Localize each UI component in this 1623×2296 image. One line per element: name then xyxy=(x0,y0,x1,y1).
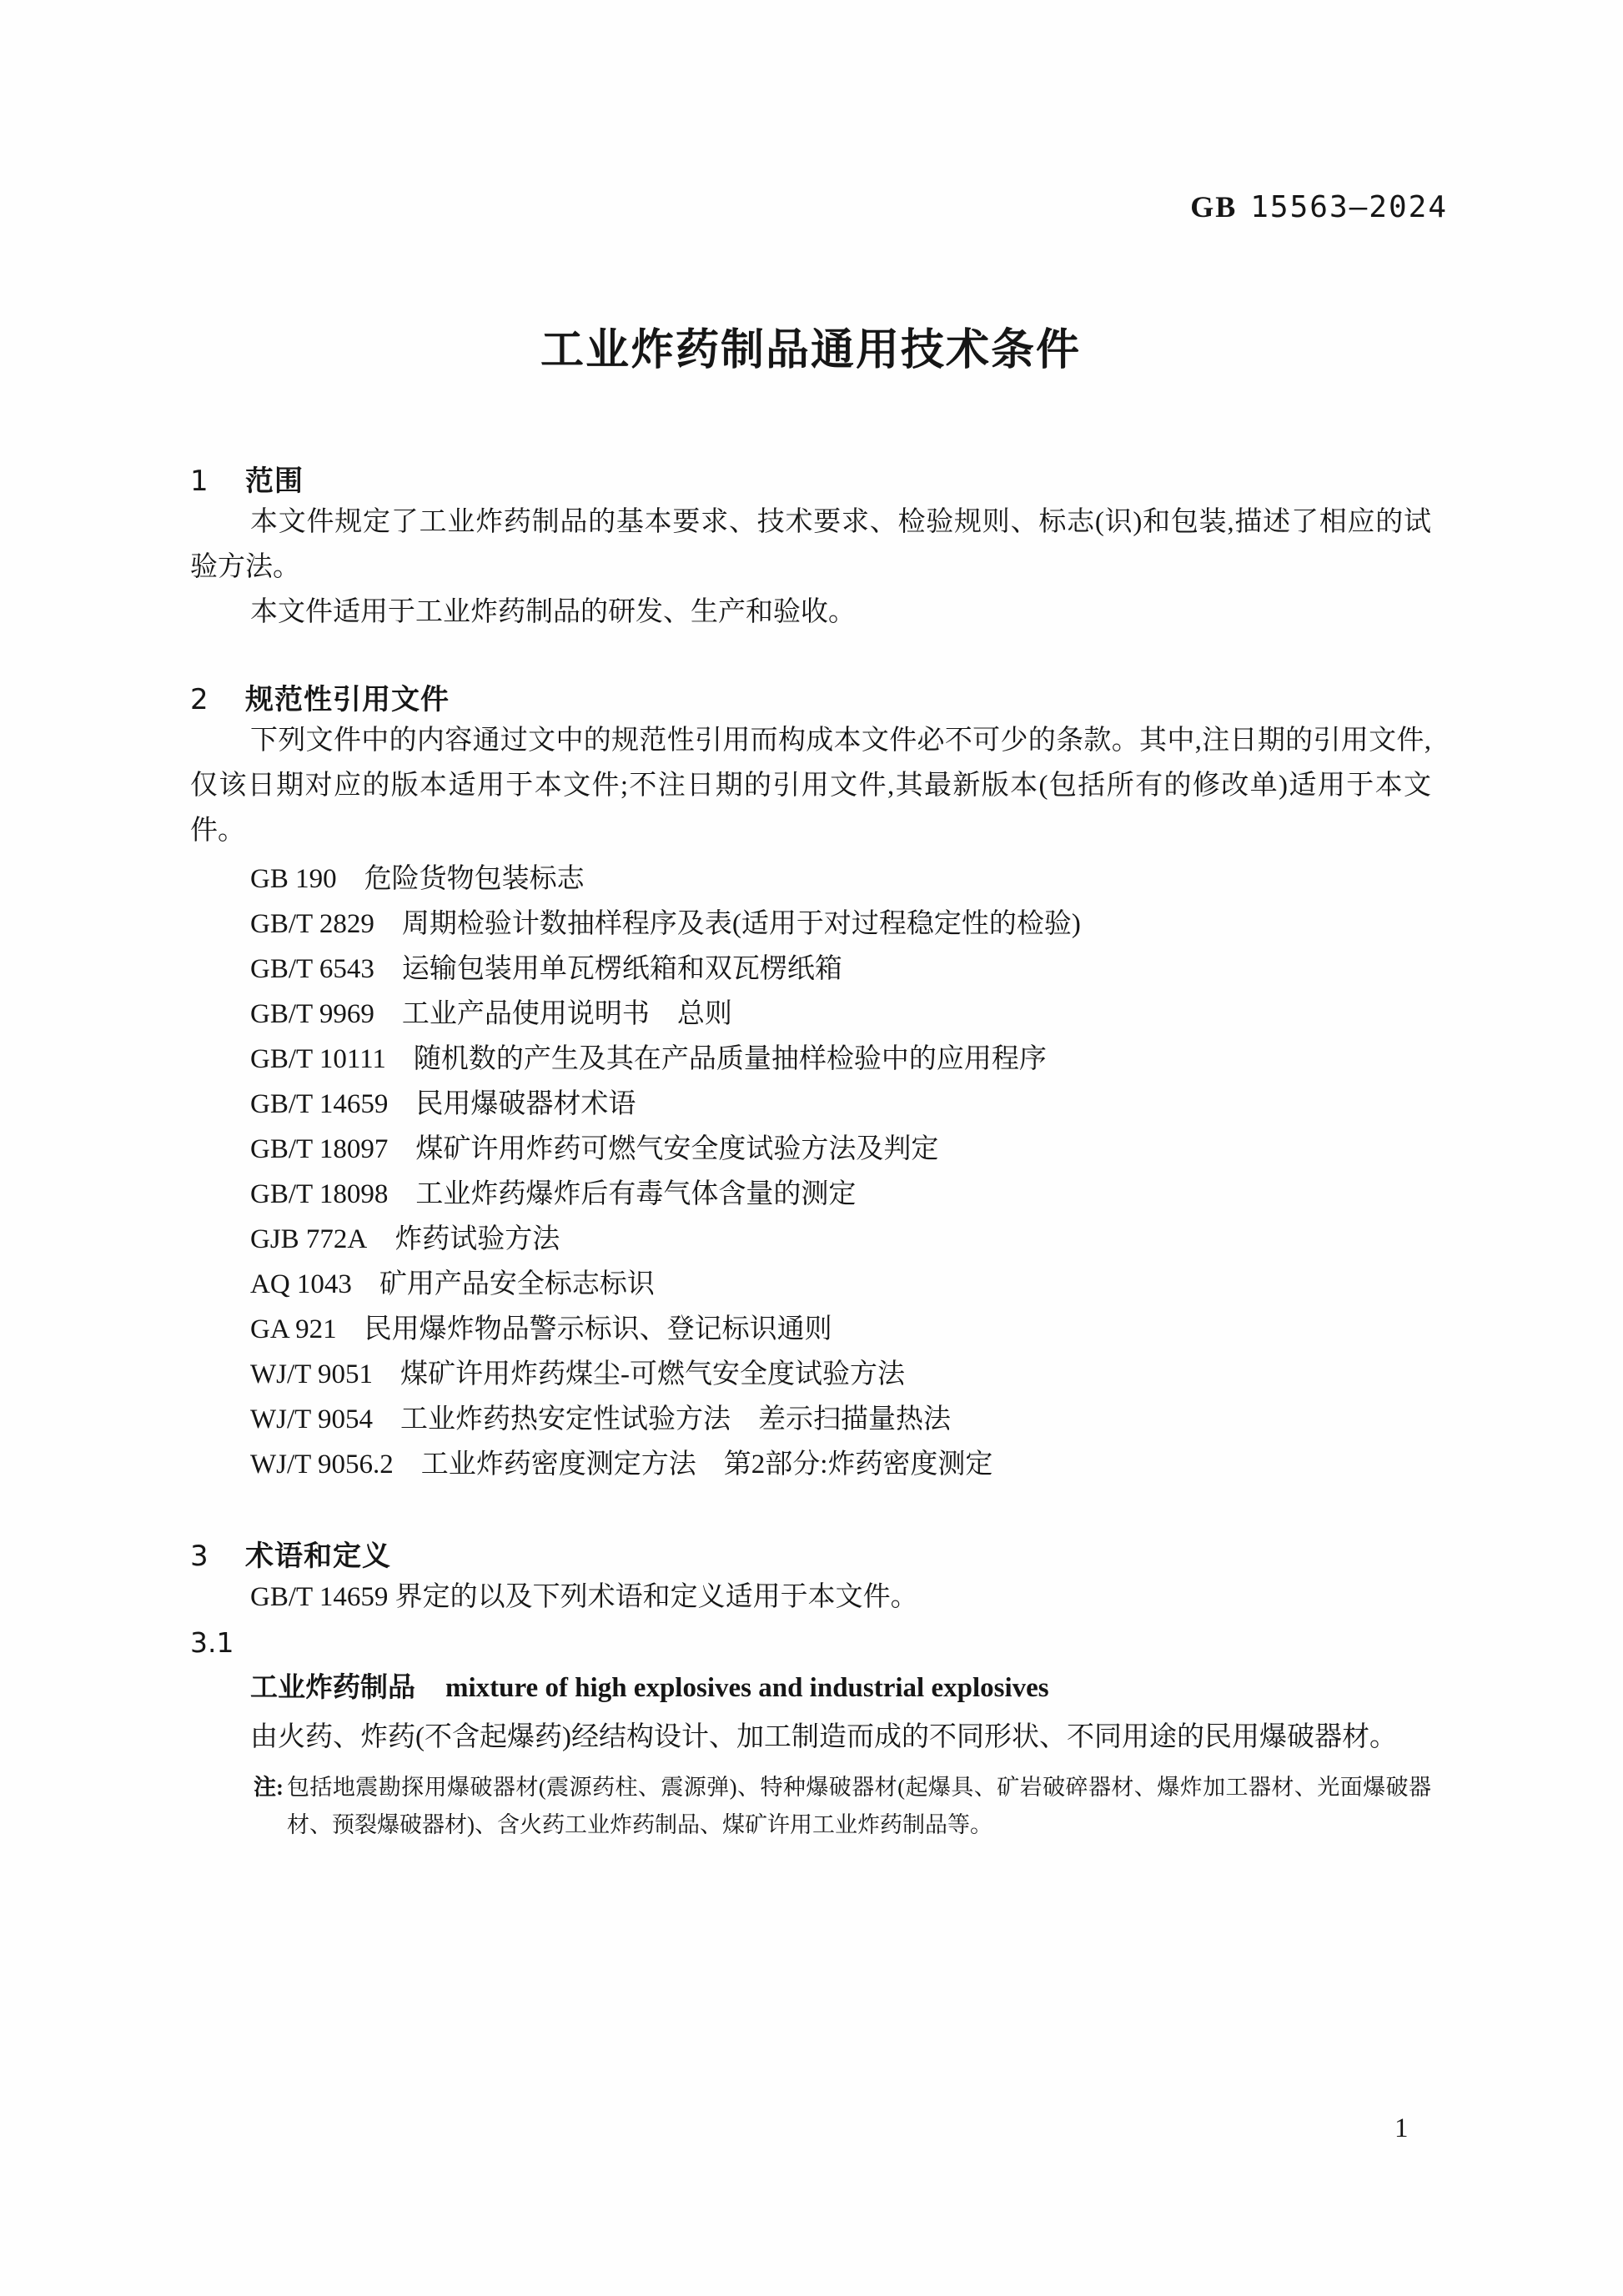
standard-code-prefix: GB xyxy=(1190,190,1237,224)
reference-title: 工业炸药爆炸后有毒气体含量的测定 xyxy=(415,1179,856,1209)
reference-item: AQ 1043矿用产品安全标志标识 xyxy=(190,1262,1431,1307)
reference-title: 工业炸药热安定性试验方法 差示扫描量热法 xyxy=(400,1404,951,1434)
reference-code: WJ/T 9056.2 xyxy=(250,1449,394,1480)
reference-item: GB/T 10111随机数的产生及其在产品质量抽样检验中的应用程序 xyxy=(190,1037,1431,1082)
standard-code-number: 15563—2024 xyxy=(1250,190,1448,224)
references-intro-paragraph: 下列文件中的内容通过文中的规范性引用而构成本文件必不可少的条款。其中,注日期的引… xyxy=(190,718,1431,853)
term-definition: 由火药、炸药(不含起爆药)经结构设计、加工制造而成的不同形状、不同用途的民用爆破… xyxy=(190,1714,1431,1761)
note-text: 包括地震勘探用爆破器材(震源药柱、震源弹)、特种爆破器材(起爆具、矿岩破碎器材、… xyxy=(287,1769,1431,1844)
reference-title: 随机数的产生及其在产品质量抽样检验中的应用程序 xyxy=(414,1044,1047,1074)
page-number: 1 xyxy=(1394,2110,1409,2147)
reference-code: GB 190 xyxy=(250,864,337,894)
standard-code: GB15563—2024 xyxy=(190,188,1448,226)
reference-item: GB 190危险货物包装标志 xyxy=(190,857,1431,902)
reference-item: WJ/T 9054工业炸药热安定性试验方法 差示扫描量热法 xyxy=(190,1397,1431,1442)
reference-title: 危险货物包装标志 xyxy=(364,864,585,894)
reference-title: 运输包装用单瓦楞纸箱和双瓦楞纸箱 xyxy=(402,954,842,984)
reference-code: GB/T 18098 xyxy=(250,1179,388,1209)
document-title: 工业炸药制品通用技术条件 xyxy=(190,324,1431,376)
reference-item: GB/T 18098工业炸药爆炸后有毒气体含量的测定 xyxy=(190,1172,1431,1217)
section-1-heading: 1范围 xyxy=(190,463,1431,500)
section-2-title: 规范性引用文件 xyxy=(245,684,450,716)
scope-paragraph-1: 本文件规定了工业炸药制品的基本要求、技术要求、检验规则、标志(识)和包装,描述了… xyxy=(190,500,1431,590)
section-2-heading: 2规范性引用文件 xyxy=(190,681,1431,718)
reference-item: GB/T 2829周期检验计数抽样程序及表(适用于对过程稳定性的检验) xyxy=(190,902,1431,947)
reference-title: 炸药试验方法 xyxy=(394,1224,560,1254)
reference-title: 工业产品使用说明书 总则 xyxy=(402,999,732,1029)
clause-number: 3.1 xyxy=(190,1620,1431,1666)
reference-title: 民用爆破器材术语 xyxy=(415,1089,636,1119)
normative-references-list: GB 190危险货物包装标志 GB/T 2829周期检验计数抽样程序及表(适用于… xyxy=(190,857,1431,1487)
reference-title: 周期检验计数抽样程序及表(适用于对过程稳定性的检验) xyxy=(402,909,1081,939)
scope-paragraph-2: 本文件适用于工业炸药制品的研发、生产和验收。 xyxy=(190,590,1431,635)
reference-title: 煤矿许用炸药可燃气安全度试验方法及判定 xyxy=(415,1134,938,1164)
reference-title: 矿用产品安全标志标识 xyxy=(379,1269,655,1299)
section-3-title: 术语和定义 xyxy=(245,1540,391,1572)
reference-item: WJ/T 9051煤矿许用炸药煤尘-可燃气安全度试验方法 xyxy=(190,1352,1431,1397)
section-3-heading: 3术语和定义 xyxy=(190,1538,1431,1575)
reference-code: GB/T 2829 xyxy=(250,909,374,939)
section-1-title: 范围 xyxy=(245,465,304,497)
section-3-number: 3 xyxy=(190,1538,245,1575)
note-label: 注: xyxy=(254,1769,284,1844)
reference-code: AQ 1043 xyxy=(250,1269,352,1299)
reference-item: GB/T 18097煤矿许用炸药可燃气安全度试验方法及判定 xyxy=(190,1127,1431,1172)
reference-item: WJ/T 9056.2工业炸药密度测定方法 第2部分:炸药密度测定 xyxy=(190,1442,1431,1487)
term-entry: 工业炸药制品mixture of high explosives and ind… xyxy=(190,1666,1431,1714)
reference-item: GB/T 6543运输包装用单瓦楞纸箱和双瓦楞纸箱 xyxy=(190,947,1431,992)
reference-code: GJB 772A xyxy=(250,1224,367,1254)
reference-title: 民用爆炸物品警示标识、登记标识通则 xyxy=(364,1314,832,1344)
reference-item: GA 921民用爆炸物品警示标识、登记标识通则 xyxy=(190,1307,1431,1352)
reference-item: GJB 772A炸药试验方法 xyxy=(190,1217,1431,1262)
reference-code: GB/T 9969 xyxy=(250,999,374,1029)
section-2-number: 2 xyxy=(190,681,245,718)
section-1-number: 1 xyxy=(190,463,245,500)
reference-title: 煤矿许用炸药煤尘-可燃气安全度试验方法 xyxy=(400,1359,905,1389)
standard-document-page: GB15563—2024 工业炸药制品通用技术条件 1范围 本文件规定了工业炸药… xyxy=(0,0,1623,2296)
reference-code: GB/T 14659 xyxy=(250,1089,388,1119)
terms-intro-paragraph: GB/T 14659 界定的以及下列术语和定义适用于本文件。 xyxy=(190,1575,1431,1620)
term-english: mixture of high explosives and industria… xyxy=(445,1673,1049,1703)
reference-code: GB/T 18097 xyxy=(250,1134,388,1164)
reference-code: GA 921 xyxy=(250,1314,337,1344)
reference-code: WJ/T 9054 xyxy=(250,1404,373,1434)
note: 注: 包括地震勘探用爆破器材(震源药柱、震源弹)、特种爆破器材(起爆具、矿岩破碎… xyxy=(254,1769,1431,1844)
reference-code: GB/T 10111 xyxy=(250,1044,386,1074)
reference-item: GB/T 14659民用爆破器材术语 xyxy=(190,1082,1431,1127)
reference-code: GB/T 6543 xyxy=(250,954,374,984)
reference-title: 工业炸药密度测定方法 第2部分:炸药密度测定 xyxy=(421,1449,993,1480)
reference-code: WJ/T 9051 xyxy=(250,1359,373,1389)
reference-item: GB/T 9969工业产品使用说明书 总则 xyxy=(190,992,1431,1037)
page-content: GB15563—2024 工业炸药制品通用技术条件 1范围 本文件规定了工业炸药… xyxy=(190,0,1431,1844)
term-chinese: 工业炸药制品 xyxy=(250,1671,415,1702)
